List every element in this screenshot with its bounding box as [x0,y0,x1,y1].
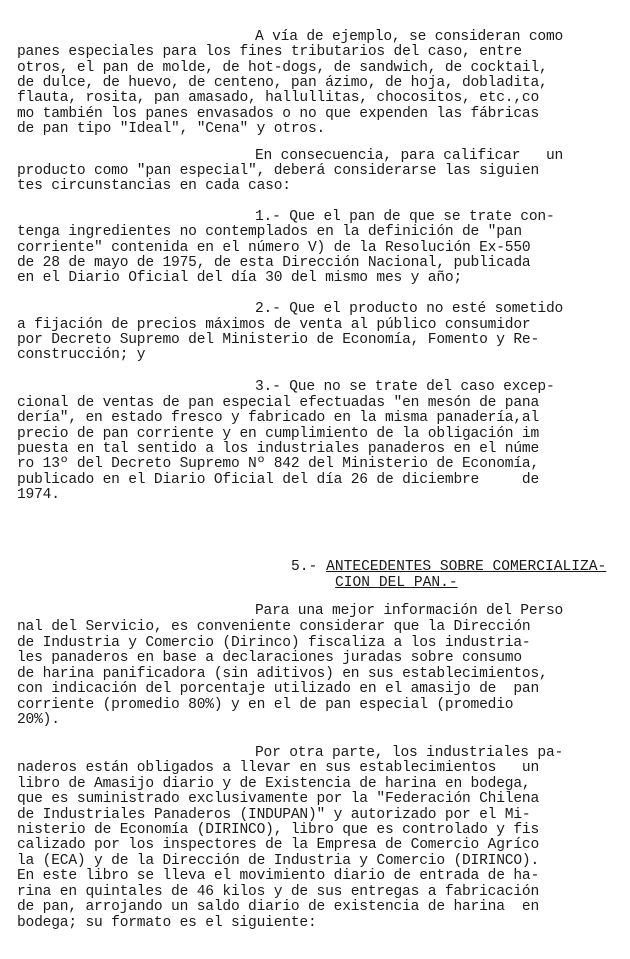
text-line: por Decreto Supremo del Ministerio de Ec… [17,333,539,348]
text-line: Por otra parte, los industriales pa- [255,746,563,761]
text-line: con indicación del porcentaje utilizado … [17,682,539,697]
text-line: tenga ingredientes no contemplados en la… [17,225,522,240]
text-line: rina en quintales de 46 kilos y de sus e… [17,885,539,900]
text-line: dería", en estado fresco y fabricado en … [17,411,539,426]
text-line: nisterio de Economía (DIRINCO), libro qu… [17,823,539,838]
text-line: 2.- Que el producto no esté sometido [255,302,563,317]
text-line: Para una mejor información del Perso [255,604,563,619]
text-line: nal del Servicio, es conveniente conside… [17,620,530,635]
text-line: de pan, arrojando un saldo diario de exi… [17,900,539,915]
text-line: que es suministrado exclusivamente por l… [17,792,539,807]
text-line: de dulce, de huevo, de centeno, pan ázim… [17,76,548,91]
text-line: de Industria y Comercio (Dirinco) fiscal… [17,636,530,651]
text-line: la (ECA) y de la Dirección de Industria … [17,854,539,869]
text-line: naderos están obligados a llevar en sus … [17,761,539,776]
text-line: En este libro se lleva el movimiento dia… [17,869,539,884]
text-line: 3.- Que no se trate del caso excep- [255,380,555,395]
text-line: mo también los panes envasados o no que … [17,107,539,122]
text-line: calizado por los inspectores de la Empre… [17,838,539,853]
text-line: flauta, rosita, pan amasado, hallullitas… [17,91,539,106]
text-line: en el Diario Oficial del día 30 del mism… [17,271,462,286]
text-line: panes especiales para los fines tributar… [17,45,522,60]
text-line: construcción; y [17,348,145,363]
text-line: 1.- Que el pan de que se trate con- [255,210,555,225]
text-line: corriente" contenida en el número V) de … [17,241,530,256]
text-line: de pan tipo "Ideal", "Cena" y otros. [17,122,325,137]
text-line: A vía de ejemplo, se consideran como [255,30,563,45]
section-title-line2: CION DEL PAN.- [335,575,458,591]
text-line: En consecuencia, para calificar un [255,149,563,164]
text-line: a fijación de precios máximos de venta a… [17,318,530,333]
text-line: 1974. [17,488,60,503]
text-line: de 28 de mayo de 1975, de esta Dirección… [17,256,530,271]
text-line: corriente (promedio 80%) y en el de pan … [17,698,513,713]
text-line: producto como "pan especial", deberá con… [17,164,539,179]
text-line: puesta en tal sentido a los industriales… [17,442,539,457]
text-line: de harina panificadora (sin aditivos) en… [17,667,548,682]
text-line: libro de Amasijo diario y de Existencia … [17,777,530,792]
text-line: les panaderos en base a declaraciones ju… [17,651,522,666]
document-page: A vía de ejemplo, se consideran como pan… [0,0,630,959]
text-line: publicado en el Diario Oficial del día 2… [17,473,539,488]
text-line: bodega; su formato es el siguiente: [17,916,317,931]
text-line: de Industriales Panaderos (INDUPAN)" y a… [17,808,530,823]
section-heading-cont: CION DEL PAN.- [300,561,458,607]
text-line: 20%). [17,713,60,728]
text-line: precio de pan corriente y en cumplimient… [17,427,539,442]
text-line: tes circunstancias en cada caso: [17,179,291,194]
text-line: ro 13º del Decreto Supremo Nº 842 del Mi… [17,457,539,472]
text-line: otros, el pan de molde, de hot-dogs, de … [17,61,548,76]
text-line: cional de ventas de pan especial efectua… [17,396,539,411]
